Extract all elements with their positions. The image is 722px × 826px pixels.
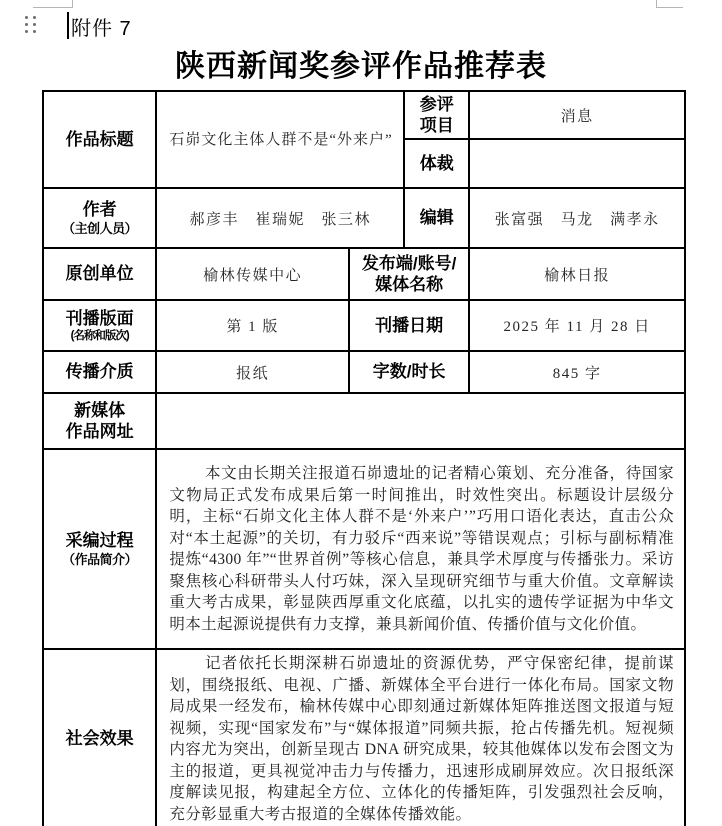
social-effect-label: 社会效果 bbox=[43, 649, 156, 826]
publish-layout-label: 刊播版面 (名称和版次) bbox=[43, 300, 156, 351]
document-page: { "page": { "attachment_label": "附件 7", … bbox=[0, 0, 722, 826]
new-media-url-value[interactable] bbox=[156, 393, 685, 449]
genre-value[interactable] bbox=[469, 139, 685, 188]
medium-label: 传播介质 bbox=[43, 351, 156, 393]
editing-process-text[interactable]: 本文由长期关注报道石峁遗址的记者精心策划、充分准备，待国家文物局正式发布成果后第… bbox=[156, 449, 685, 649]
author-label: 作者 （主创人员） bbox=[43, 188, 156, 248]
author-value[interactable]: 郝彦丰 崔瑞妮 张三林 bbox=[156, 188, 404, 248]
social-effect-text[interactable]: 记者依托长期深耕石峁遗址的资源优势，严守保密纪律，提前谋划，围绕报纸、电视、广播… bbox=[156, 649, 685, 826]
publish-layout-value[interactable]: 第 1 版 bbox=[156, 300, 349, 351]
editor-label: 编辑 bbox=[404, 188, 469, 248]
attachment-label: 附件 7 bbox=[71, 12, 132, 41]
new-media-url-label: 新媒体 作品网址 bbox=[43, 393, 156, 449]
margin-crop-mark-left-vertical bbox=[72, 0, 73, 8]
text-cursor bbox=[67, 12, 69, 39]
recommendation-form-table: 作品标题 石峁文化主体人群不是“外来户” 参评 项目 消息 体裁 作者 （主创人… bbox=[42, 90, 686, 826]
publish-channel-label: 发布端/账号/ 媒体名称 bbox=[349, 248, 469, 300]
original-unit-label: 原创单位 bbox=[43, 248, 156, 300]
original-unit-value[interactable]: 榆林传媒中心 bbox=[156, 248, 349, 300]
editing-process-label: 采编过程 （作品简介） bbox=[43, 449, 156, 649]
paragraph-drag-handle-icon[interactable] bbox=[25, 16, 36, 33]
work-title-value[interactable]: 石峁文化主体人群不是“外来户” bbox=[156, 91, 404, 188]
length-value[interactable]: 845 字 bbox=[469, 351, 685, 393]
entry-category-value[interactable]: 消息 bbox=[469, 91, 685, 139]
publish-date-value[interactable]: 2025 年 11 月 28 日 bbox=[469, 300, 685, 351]
margin-crop-mark-right bbox=[656, 7, 683, 8]
medium-value[interactable]: 报纸 bbox=[156, 351, 349, 393]
page-title: 陕西新闻奖参评作品推荐表 bbox=[0, 41, 722, 85]
publish-date-label: 刊播日期 bbox=[349, 300, 469, 351]
margin-crop-mark-left bbox=[33, 7, 73, 8]
genre-label: 体裁 bbox=[404, 139, 469, 188]
editor-value[interactable]: 张富强 马龙 满孝永 bbox=[469, 188, 685, 248]
publish-channel-value[interactable]: 榆林日报 bbox=[469, 248, 685, 300]
length-label: 字数/时长 bbox=[349, 351, 469, 393]
entry-category-label: 参评 项目 bbox=[404, 91, 469, 139]
work-title-label: 作品标题 bbox=[43, 91, 156, 188]
